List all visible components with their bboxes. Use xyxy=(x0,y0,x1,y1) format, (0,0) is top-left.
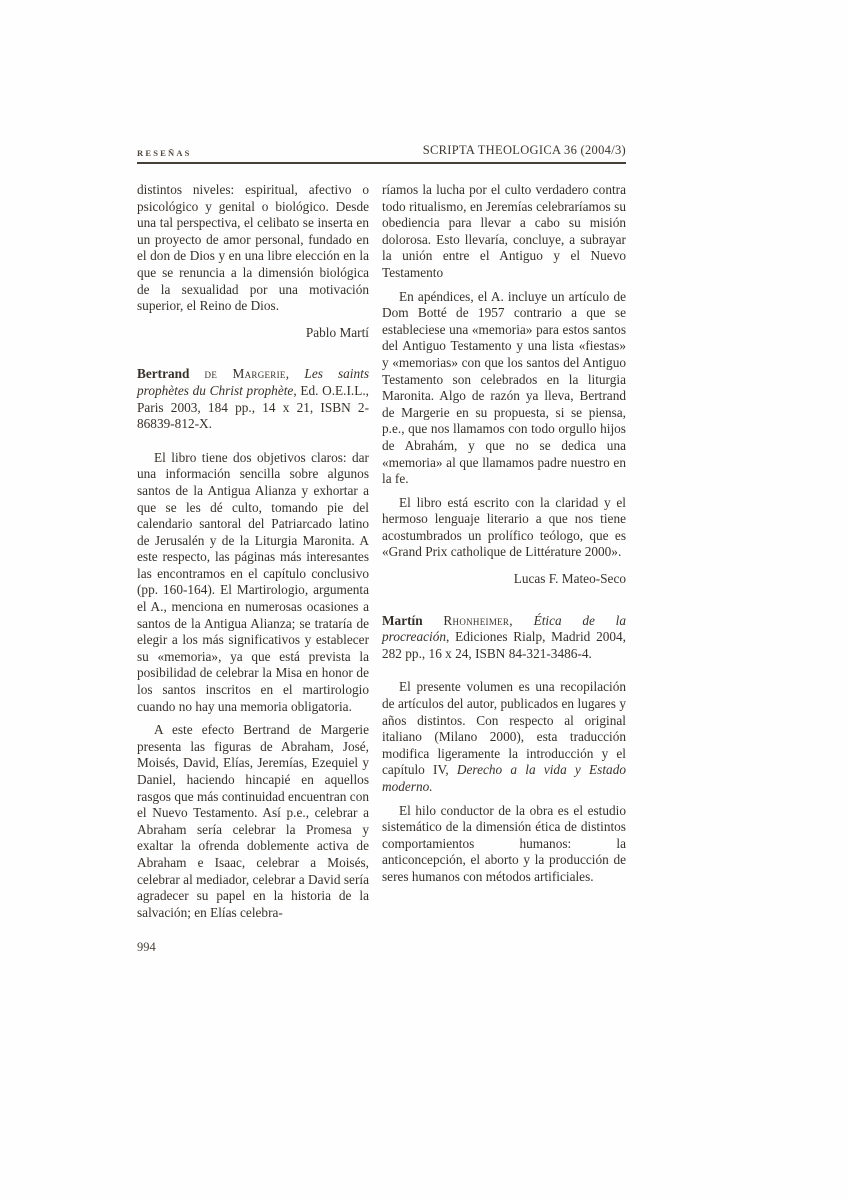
two-column-text: distintos niveles: espiritual, afectivo … xyxy=(137,182,626,928)
review-paragraph: ríamos la lucha por el culto verdadero c… xyxy=(382,182,626,282)
section-label: RESEÑAS xyxy=(137,148,192,158)
review-paragraph: El libro tiene dos objetivos claros: dar… xyxy=(137,450,369,716)
citation-author-family: de Margerie, xyxy=(205,366,290,381)
citation-author-given: Bertrand xyxy=(137,366,205,381)
reviewer-signature: Lucas F. Mateo-Seco xyxy=(382,571,626,588)
right-column: ríamos la lucha por el culto verdadero c… xyxy=(382,182,626,928)
review-paragraph: En apéndices, el A. incluye un artículo … xyxy=(382,289,626,488)
review-paragraph: A este efecto Bertrand de Margerie prese… xyxy=(137,722,369,921)
book-citation: Bertrand de Margerie, Les saints prophèt… xyxy=(137,366,369,432)
citation-author-family: Rhonheimer, xyxy=(443,613,513,628)
journal-reference: SCRIPTA THEOLOGICA 36 (2004/3) xyxy=(423,143,626,158)
reviewer-signature: Pablo Martí xyxy=(137,325,369,342)
review-paragraph: El presente volumen es una recopilación … xyxy=(382,679,626,795)
review-paragraph: distintos niveles: espiritual, afectivo … xyxy=(137,182,369,315)
citation-author-given: Martín xyxy=(382,613,443,628)
book-citation: Martín Rhonheimer, Ética de la procreaci… xyxy=(382,613,626,663)
page-content: RESEÑAS SCRIPTA THEOLOGICA 36 (2004/3) d… xyxy=(137,143,626,928)
journal-page-scan: RESEÑAS SCRIPTA THEOLOGICA 36 (2004/3) d… xyxy=(0,0,848,1200)
left-column: distintos niveles: espiritual, afectivo … xyxy=(137,182,369,928)
page-header: RESEÑAS SCRIPTA THEOLOGICA 36 (2004/3) xyxy=(137,143,626,164)
review-paragraph: El hilo conductor de la obra es el estud… xyxy=(382,803,626,886)
page-number: 994 xyxy=(137,940,156,955)
review-paragraph: El libro está escrito con la claridad y … xyxy=(382,495,626,561)
